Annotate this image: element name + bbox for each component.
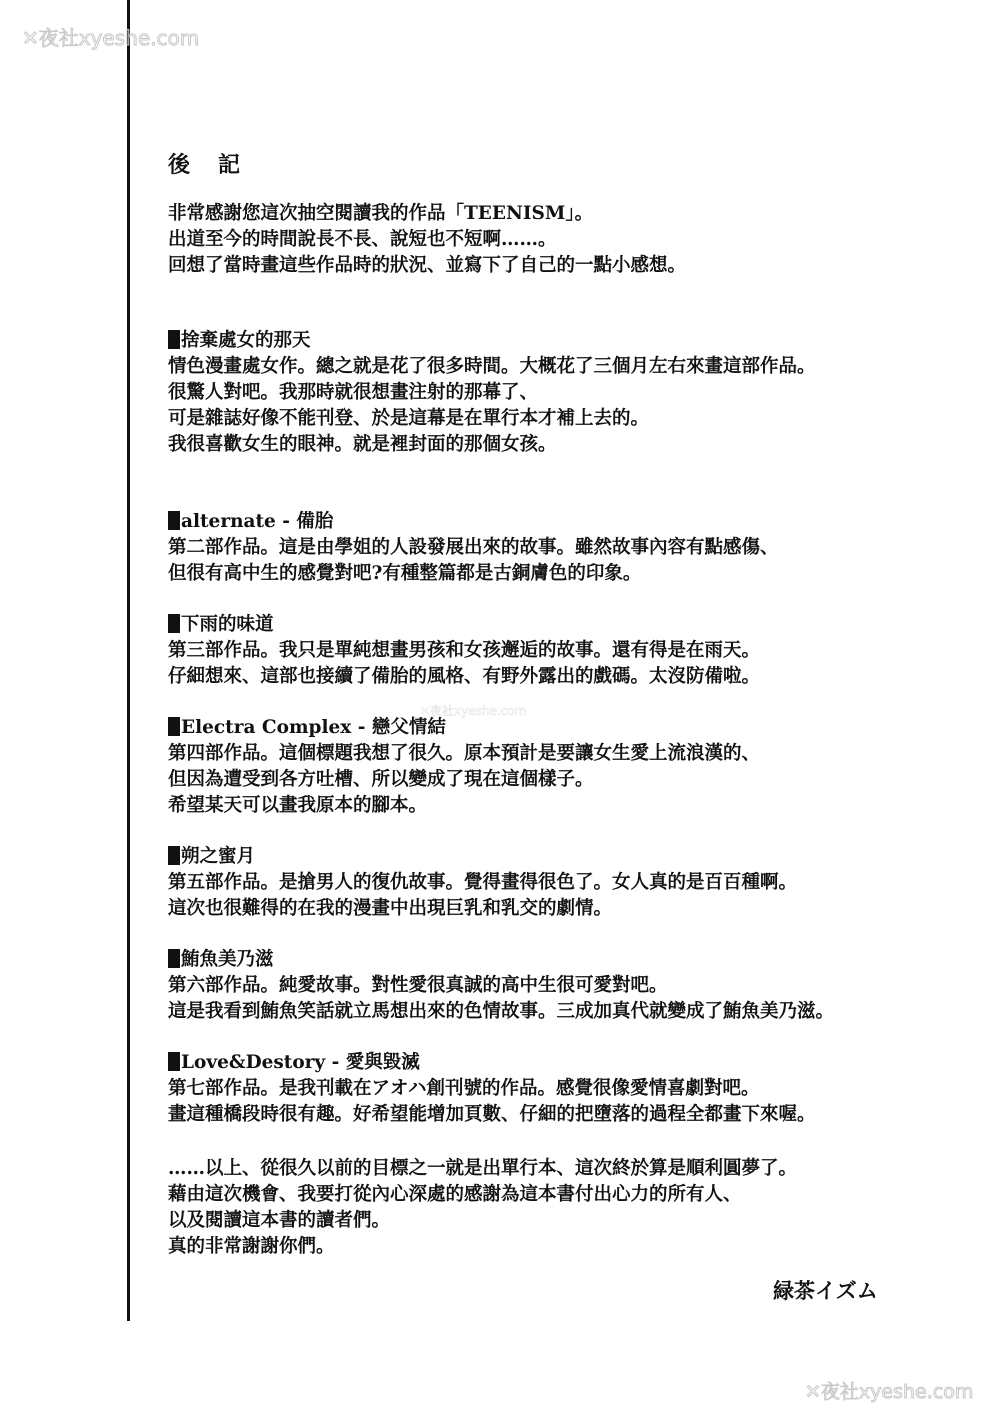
title-char-2: 記 <box>218 152 240 178</box>
section-line: 第四部作品。這個標題我想了很久。原本預計是要讓女生愛上流浪漢的、 <box>168 741 760 767</box>
section-line: 這次也很難得的在我的漫畫中出現巨乳和乳交的劇情。 <box>168 896 612 922</box>
square-bullet-icon <box>168 717 180 736</box>
closing-line: 藉由這次機會、我要打從內心深處的感謝為這本書付出心力的所有人、 <box>168 1182 742 1208</box>
section-line: 希望某天可以畫我原本的腳本。 <box>168 793 427 819</box>
section-line: 我很喜歡女生的眼神。就是裡封面的那個女孩。 <box>168 432 557 458</box>
section-line: 第五部作品。是搶男人的復仇故事。覺得畫得很色了。女人真的是百百種啊。 <box>168 870 797 896</box>
section-heading: Electra Complex - 戀父情結 <box>168 715 446 741</box>
section-line: 但很有高中生的感覺對吧?有種整篇都是古銅膚色的印象。 <box>168 561 641 587</box>
page-title: 後記 <box>168 148 240 179</box>
section-heading-text: Electra Complex - 戀父情結 <box>181 717 446 738</box>
intro-line: 非常感謝您這次抽空閱讀我的作品「TEENISM」。 <box>168 201 593 227</box>
author-signature: 緑茶イズム <box>773 1275 878 1305</box>
section-line: 可是雜誌好像不能刊登、於是這幕是在單行本才補上去的。 <box>168 406 649 432</box>
section-line: 第二部作品。這是由學姐的人設發展出來的故事。雖然故事內容有點感傷、 <box>168 535 779 561</box>
square-bullet-icon <box>168 846 180 865</box>
section-line: 情色漫畫處女作。總之就是花了很多時間。大概花了三個月左右來畫這部作品。 <box>168 354 816 380</box>
section-heading: Love&Destory - 愛與毀滅 <box>168 1050 420 1076</box>
intro-line: 出道至今的時間說長不長、說短也不短啊……。 <box>168 227 557 253</box>
section-heading-text: alternate - 備胎 <box>181 511 333 532</box>
section-heading: 捨棄處女的那天 <box>168 328 311 354</box>
page-gutter-line <box>127 0 130 1321</box>
square-bullet-icon <box>168 330 180 349</box>
intro-line: 回想了當時畫這些作品時的狀況、並寫下了自己的一點小感想。 <box>168 253 686 279</box>
section-line: 仔細想來、這部也接續了備胎的風格、有野外露出的戲碼。太沒防備啦。 <box>168 664 760 690</box>
closing-line: 真的非常謝謝你們。 <box>168 1234 335 1260</box>
section-heading-text: 鮪魚美乃滋 <box>181 949 274 970</box>
section-line: 這是我看到鮪魚笑話就立馬想出來的色情故事。三成加真代就變成了鮪魚美乃滋。 <box>168 999 834 1025</box>
title-char-1: 後 <box>168 152 190 178</box>
closing-line: ……以上、從很久以前的目標之一就是出單行本、這次終於算是順利圓夢了。 <box>168 1156 797 1182</box>
section-heading-text: Love&Destory - 愛與毀滅 <box>181 1052 420 1073</box>
section-heading-text: 朔之蜜月 <box>181 846 255 867</box>
square-bullet-icon <box>168 511 180 530</box>
section-line: 第三部作品。我只是單純想畫男孩和女孩邂逅的故事。還有得是在雨天。 <box>168 638 760 664</box>
square-bullet-icon <box>168 614 180 633</box>
section-heading: 鮪魚美乃滋 <box>168 947 274 973</box>
closing-line: 以及閱讀這本書的讀者們。 <box>168 1208 390 1234</box>
section-line: 但因為遭受到各方吐槽、所以變成了現在這個樣子。 <box>168 767 594 793</box>
square-bullet-icon <box>168 949 180 968</box>
section-line: 第六部作品。純愛故事。對性愛很真誠的高中生很可愛對吧。 <box>168 973 668 999</box>
square-bullet-icon <box>168 1052 180 1071</box>
section-line: 很驚人對吧。我那時就很想畫注射的那幕了、 <box>168 380 538 406</box>
watermark-top: ✕夜社xyeshe.com <box>22 22 199 51</box>
section-heading-text: 下雨的味道 <box>181 614 274 635</box>
section-heading: 朔之蜜月 <box>168 844 255 870</box>
section-heading: 下雨的味道 <box>168 612 274 638</box>
section-line: 畫這種橋段時很有趣。好希望能增加頁數、仔細的把墮落的過程全都畫下來喔。 <box>168 1102 816 1128</box>
watermark-bottom: ✕夜社xyeshe.com <box>805 1377 973 1404</box>
section-line: 第七部作品。是我刊載在アオハ創刊號的作品。感覺很像愛情喜劇對吧。 <box>168 1076 759 1102</box>
section-heading-text: 捨棄處女的那天 <box>181 330 311 351</box>
section-heading: alternate - 備胎 <box>168 509 333 535</box>
